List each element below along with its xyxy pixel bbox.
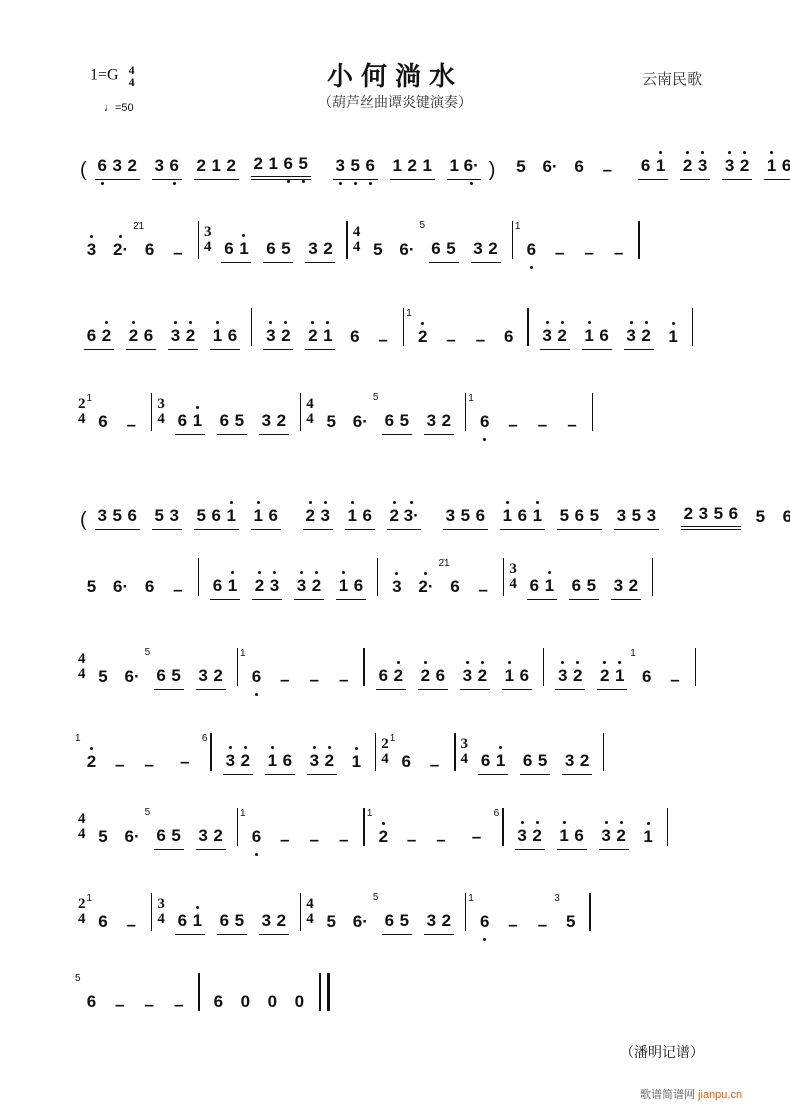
note-group: 16 bbox=[502, 666, 532, 690]
note-cell: –6 bbox=[462, 827, 491, 850]
note: 1 bbox=[322, 326, 333, 346]
note-group: 16 bbox=[345, 506, 375, 530]
note-group: 32 bbox=[540, 326, 570, 350]
hold-dash: – bbox=[309, 670, 318, 690]
barline bbox=[603, 733, 604, 771]
barline bbox=[589, 893, 590, 931]
note-group: 2165 bbox=[251, 154, 311, 180]
note: 6 bbox=[219, 411, 230, 431]
barline bbox=[543, 648, 544, 686]
hold-dash: – bbox=[670, 670, 679, 690]
barline bbox=[527, 308, 528, 346]
note-group: 32 bbox=[599, 826, 629, 850]
note-group: 16 bbox=[557, 826, 587, 850]
note-group: 61 bbox=[221, 239, 251, 263]
note: 1 bbox=[212, 326, 223, 346]
grace-note: 5 bbox=[373, 893, 379, 903]
note: 3 bbox=[198, 666, 209, 686]
score-line: 56·6–6123321632·2̇16–34616532 bbox=[78, 554, 712, 600]
note: 1 bbox=[559, 826, 570, 846]
note-cell: 16 bbox=[477, 412, 492, 435]
note-cell: 16 bbox=[524, 240, 539, 263]
note: 2 bbox=[254, 576, 265, 596]
note-group: 26 bbox=[126, 326, 156, 350]
note: 3 bbox=[517, 826, 528, 846]
grace-note: 5 bbox=[145, 648, 151, 658]
note-group: 565 bbox=[429, 239, 459, 263]
hold-dash: – bbox=[174, 995, 183, 1015]
note: 3 bbox=[225, 751, 236, 771]
note: 3 bbox=[169, 506, 180, 526]
note-cell: 5 bbox=[96, 827, 111, 850]
grace-note: 1 bbox=[515, 222, 521, 232]
note: 1 bbox=[502, 506, 513, 526]
note: 6 bbox=[283, 154, 294, 174]
note: 2 bbox=[101, 326, 112, 346]
grace-note: 5 bbox=[420, 221, 426, 231]
note: 1 bbox=[504, 666, 515, 686]
note: 6 bbox=[223, 239, 234, 259]
note-cell: 6 bbox=[572, 157, 587, 180]
subtitle: （葫芦丝曲谭炎键演奏） bbox=[0, 92, 790, 112]
note-group: 561 bbox=[194, 506, 239, 530]
note: 3 bbox=[724, 156, 735, 176]
note-group: 53 bbox=[152, 506, 182, 530]
note: 3· bbox=[404, 506, 419, 526]
note: 6 bbox=[384, 411, 395, 431]
note: 2· bbox=[113, 240, 128, 260]
note: 2 bbox=[572, 666, 583, 686]
grace-note: 2̇1 bbox=[439, 559, 450, 569]
note: 3 bbox=[86, 240, 97, 260]
time-signature-change: 34 bbox=[157, 897, 165, 927]
score-line: 56–––6000 bbox=[78, 969, 712, 1015]
barline bbox=[695, 648, 696, 686]
barline bbox=[638, 221, 639, 259]
note: 2 bbox=[441, 911, 452, 931]
note-group: 32 bbox=[196, 826, 226, 850]
barline bbox=[198, 221, 199, 259]
note-cell: 2̇16 bbox=[142, 240, 157, 263]
hold-dash: – bbox=[614, 243, 623, 263]
note: 5 bbox=[586, 576, 597, 596]
note: 6· bbox=[113, 577, 128, 597]
note: 6 bbox=[479, 412, 490, 432]
score-line: 6226321632216–12––63216321 bbox=[78, 304, 712, 350]
note: 6 bbox=[599, 326, 610, 346]
note-cell: 16 bbox=[249, 827, 264, 850]
note: 6 bbox=[98, 412, 109, 432]
note: 6 bbox=[574, 506, 585, 526]
note: 3 bbox=[261, 911, 272, 931]
grace-note: 1 bbox=[390, 734, 396, 744]
note: 3 bbox=[626, 326, 637, 346]
note: 0 bbox=[294, 992, 305, 1012]
note: 6 bbox=[435, 666, 446, 686]
note: 6 bbox=[169, 156, 180, 176]
note: 5 bbox=[589, 506, 600, 526]
barline bbox=[151, 893, 152, 931]
note-group: 21 bbox=[305, 326, 335, 350]
note: 3 bbox=[320, 506, 331, 526]
note-cell: 5 bbox=[513, 157, 528, 180]
note: 5 bbox=[171, 666, 182, 686]
note: 6 bbox=[349, 327, 360, 347]
note: 5 bbox=[460, 506, 471, 526]
note: 3 bbox=[97, 506, 108, 526]
note-group: 32 bbox=[555, 666, 585, 690]
grace-note: 6 bbox=[494, 809, 500, 819]
note: 1 bbox=[643, 827, 654, 847]
note-group: 62 bbox=[376, 666, 406, 690]
note: 5 bbox=[372, 240, 383, 260]
note: 6 bbox=[98, 912, 109, 932]
barline bbox=[465, 893, 466, 931]
note: 2 bbox=[253, 154, 264, 174]
note-cell: 16 bbox=[477, 912, 492, 935]
barline bbox=[512, 221, 513, 259]
note-group: 32 bbox=[471, 239, 501, 263]
note-cell: 12 bbox=[415, 327, 430, 350]
note-group: 32 bbox=[168, 326, 198, 350]
note: 6 bbox=[143, 326, 154, 346]
time-signature-change: 24 bbox=[78, 897, 86, 927]
note: 6 bbox=[282, 751, 293, 771]
note-cell: 16 bbox=[96, 412, 111, 435]
note-group: 32 bbox=[196, 666, 226, 690]
note: 6 bbox=[213, 992, 224, 1012]
note: 6 bbox=[475, 506, 486, 526]
hold-dash: – bbox=[144, 995, 153, 1015]
note: 6 bbox=[177, 911, 188, 931]
note: 1 bbox=[238, 239, 249, 259]
note: 2 bbox=[389, 506, 400, 526]
note: 5 bbox=[537, 751, 548, 771]
note-cell: 6· bbox=[397, 240, 416, 263]
grace-note: 1 bbox=[406, 309, 412, 319]
grace-note: 1 bbox=[240, 649, 246, 659]
time-signature-change: 34 bbox=[509, 562, 517, 592]
note-group: 565 bbox=[382, 411, 412, 435]
note-cell: 6· bbox=[123, 827, 142, 850]
note: 3 bbox=[601, 826, 612, 846]
note: 6 bbox=[401, 752, 412, 772]
note-group: 61 bbox=[527, 576, 557, 600]
watermark-url: jianpu.cn bbox=[698, 1089, 742, 1101]
hold-dash: – bbox=[115, 755, 124, 775]
note: 2 bbox=[240, 751, 251, 771]
note: 1 bbox=[495, 751, 506, 771]
note: 2 bbox=[557, 326, 568, 346]
note: 6 bbox=[526, 240, 537, 260]
score-line: 32·2̇16–346165324456·5653216––– bbox=[78, 217, 712, 263]
note-cell: 0 bbox=[292, 992, 307, 1015]
note-group: 632 bbox=[95, 156, 140, 180]
note-cell: 2· bbox=[111, 240, 130, 263]
note: 5 bbox=[713, 504, 724, 524]
note: 3 bbox=[112, 156, 123, 176]
hold-dash: – bbox=[436, 830, 445, 850]
barline bbox=[198, 973, 199, 1011]
note: 6 bbox=[571, 576, 582, 596]
note: 5 bbox=[399, 411, 410, 431]
note: 3 bbox=[616, 506, 627, 526]
note: 1 bbox=[347, 506, 358, 526]
grace-note: 5 bbox=[75, 974, 81, 984]
note-cell: 6 bbox=[780, 507, 790, 530]
note-cell: 0 bbox=[238, 992, 253, 1015]
hold-dash: – bbox=[446, 330, 455, 350]
note-cell: 6 bbox=[142, 577, 157, 600]
note: 6 bbox=[177, 411, 188, 431]
note: 1 bbox=[268, 154, 279, 174]
note-cell: 6 bbox=[347, 327, 362, 350]
note: 3 bbox=[296, 576, 307, 596]
time-signature-change: 34 bbox=[204, 225, 212, 255]
hold-dash: – bbox=[144, 755, 153, 775]
note: 6 bbox=[156, 666, 167, 686]
barline bbox=[667, 808, 668, 846]
note-group: 565 bbox=[154, 826, 184, 850]
note: 1 bbox=[392, 156, 403, 176]
time-signature-change: 44 bbox=[306, 897, 314, 927]
note: 6· bbox=[464, 156, 479, 176]
grace-note: 3 bbox=[554, 894, 560, 904]
note-cell: 6· bbox=[123, 667, 142, 690]
note: 1 bbox=[267, 751, 278, 771]
note-group: 65 bbox=[263, 239, 293, 263]
note: 6 bbox=[268, 506, 279, 526]
note: 6 bbox=[212, 576, 223, 596]
note: 2 bbox=[393, 666, 404, 686]
note-cell: 3 bbox=[389, 577, 404, 600]
note: 3 bbox=[309, 751, 320, 771]
note: 3 bbox=[265, 326, 276, 346]
barline bbox=[692, 308, 693, 346]
note: 2 bbox=[305, 506, 316, 526]
note-cell: 2· bbox=[416, 577, 435, 600]
note: 3 bbox=[697, 156, 708, 176]
note-cell: –6 bbox=[170, 752, 199, 775]
note: 2 bbox=[417, 327, 428, 347]
note-group: 61 bbox=[210, 576, 240, 600]
note: 2 bbox=[324, 751, 335, 771]
note-cell: 6· bbox=[540, 157, 559, 180]
barline bbox=[592, 393, 593, 431]
note-group: 32 bbox=[307, 751, 337, 775]
note-group: 353 bbox=[614, 506, 659, 530]
note: 6· bbox=[542, 157, 557, 177]
note: 1 bbox=[192, 911, 203, 931]
note-group: 32 bbox=[259, 411, 289, 435]
note: 6 bbox=[517, 506, 528, 526]
note: 2 bbox=[86, 752, 97, 772]
note: 5 bbox=[280, 239, 291, 259]
note-group: 32 bbox=[424, 411, 454, 435]
note: 6 bbox=[479, 912, 490, 932]
note-group: 32 bbox=[305, 239, 335, 263]
note: 2 bbox=[616, 826, 627, 846]
parenthesis: ( bbox=[80, 160, 87, 180]
note: 5 bbox=[326, 912, 337, 932]
note-cell: 6· bbox=[111, 577, 130, 600]
hold-dash: – bbox=[538, 915, 547, 935]
barline bbox=[237, 808, 238, 846]
note: 2 bbox=[378, 827, 389, 847]
note: 5 bbox=[86, 577, 97, 597]
note-group: 356 bbox=[443, 506, 488, 530]
note: 6 bbox=[519, 666, 530, 686]
note: 2 bbox=[307, 326, 318, 346]
note-group: 23· bbox=[387, 506, 421, 530]
note: 3 bbox=[269, 576, 280, 596]
note-cell: 35 bbox=[563, 912, 578, 935]
note-group: 32 bbox=[722, 156, 752, 180]
watermark: 歌谱简谱网 jianpu.cn bbox=[640, 1086, 742, 1102]
note-group: 65 bbox=[569, 576, 599, 600]
note: 1 bbox=[226, 506, 237, 526]
note: 2 bbox=[185, 326, 196, 346]
note-group: 32 bbox=[515, 826, 545, 850]
barline bbox=[454, 733, 455, 771]
note: 1 bbox=[532, 506, 543, 526]
note-group: 32 bbox=[263, 326, 293, 350]
note-group: 16 bbox=[764, 156, 790, 180]
note: 1 bbox=[253, 506, 264, 526]
note-group: 16 bbox=[336, 576, 366, 600]
barline bbox=[502, 808, 503, 846]
note: 5 bbox=[399, 911, 410, 931]
note: 1 bbox=[614, 666, 625, 686]
note: 3 bbox=[391, 577, 402, 597]
note: 6· bbox=[125, 827, 140, 847]
note-cell: 5 bbox=[753, 507, 768, 530]
grace-note: 1 bbox=[630, 649, 636, 659]
note: 1 bbox=[584, 326, 595, 346]
note-cell: 56 bbox=[84, 992, 99, 1015]
note: 5 bbox=[234, 411, 245, 431]
score-line: 12–––632163212416–34616532 bbox=[78, 729, 712, 775]
note-cell: 5 bbox=[370, 240, 385, 263]
transcriber-credit: （潘明记谱） bbox=[620, 1042, 704, 1062]
note: 2 bbox=[628, 576, 639, 596]
note: 6 bbox=[219, 911, 230, 931]
note: 0 bbox=[267, 992, 278, 1012]
note: 6 bbox=[450, 577, 461, 597]
hold-dash: – bbox=[538, 415, 547, 435]
note-group: 16 bbox=[251, 506, 281, 530]
note: 1 bbox=[422, 156, 433, 176]
grace-note: 6 bbox=[202, 734, 208, 744]
note: 6 bbox=[156, 826, 167, 846]
note: 1 bbox=[766, 156, 777, 176]
note: 3 bbox=[426, 411, 437, 431]
note: 6 bbox=[781, 156, 790, 176]
note: 2 bbox=[682, 156, 693, 176]
note: 2 bbox=[213, 666, 224, 686]
note: 6 bbox=[782, 507, 790, 527]
barline bbox=[346, 221, 347, 259]
note: 6 bbox=[144, 577, 155, 597]
grace-note: 5 bbox=[373, 393, 379, 403]
note: 6 bbox=[86, 326, 97, 346]
final-barline bbox=[319, 973, 330, 1011]
hold-dash: – bbox=[127, 915, 136, 935]
note: 6 bbox=[227, 326, 238, 346]
note-cell: 6· bbox=[351, 912, 370, 935]
note: 5 bbox=[631, 506, 642, 526]
note: 3 bbox=[646, 506, 657, 526]
note: 2 bbox=[407, 156, 418, 176]
note: 3 bbox=[542, 326, 553, 346]
note: 1 bbox=[338, 576, 349, 596]
score-line: 2416–346165324456·5653216––35 bbox=[78, 889, 712, 935]
note: 6· bbox=[353, 412, 368, 432]
note: 5 bbox=[755, 507, 766, 527]
barline bbox=[375, 733, 376, 771]
note: 3 bbox=[564, 751, 575, 771]
note-group: 32 bbox=[562, 751, 592, 775]
note: 3 bbox=[426, 911, 437, 931]
note-group: 356 bbox=[95, 506, 140, 530]
score-line: (3565356116231623·356161565353235656–) bbox=[78, 484, 712, 530]
barline bbox=[300, 393, 301, 431]
note-group: 161 bbox=[500, 506, 545, 530]
note-group: 16· bbox=[447, 156, 481, 180]
note: 3 bbox=[335, 156, 346, 176]
time-signature-change: 44 bbox=[78, 812, 86, 842]
barline bbox=[237, 648, 238, 686]
note-group: 61 bbox=[175, 411, 205, 435]
note-group: 16 bbox=[265, 751, 295, 775]
note-group: 32 bbox=[611, 576, 641, 600]
note: 2 bbox=[641, 326, 652, 346]
note: 6 bbox=[362, 506, 373, 526]
note: 6· bbox=[399, 240, 414, 260]
note: 5 bbox=[234, 911, 245, 931]
note: 2 bbox=[226, 156, 237, 176]
note-cell: 1 bbox=[349, 752, 364, 775]
note: 5 bbox=[515, 157, 526, 177]
time-signature-change: 34 bbox=[157, 397, 165, 427]
note: 1 bbox=[668, 327, 679, 347]
note: 5 bbox=[154, 506, 165, 526]
note: 6 bbox=[574, 157, 585, 177]
note: 2 bbox=[579, 751, 590, 771]
note: 6 bbox=[431, 239, 442, 259]
grace-note: 1 bbox=[468, 894, 474, 904]
note-cell: 6· bbox=[351, 412, 370, 435]
note: 6 bbox=[480, 751, 491, 771]
note-cell: 16 bbox=[399, 752, 414, 775]
note-group: 212 bbox=[194, 156, 239, 180]
note: 5 bbox=[298, 154, 309, 174]
note: 2 bbox=[683, 504, 694, 524]
note: 3 bbox=[613, 576, 624, 596]
note-cell: 1 bbox=[666, 327, 681, 350]
barline bbox=[503, 558, 504, 596]
barline bbox=[363, 808, 364, 846]
note: 6 bbox=[728, 504, 739, 524]
note: 3 bbox=[261, 411, 272, 431]
note: 6 bbox=[86, 992, 97, 1012]
note: 5 bbox=[171, 826, 182, 846]
score-line: 4456·5653216–––12–––63216321 bbox=[78, 804, 712, 850]
note: 3 bbox=[473, 239, 484, 259]
note-cell: 16 bbox=[96, 912, 111, 935]
hold-dash: – bbox=[280, 670, 289, 690]
note: 1 bbox=[192, 411, 203, 431]
